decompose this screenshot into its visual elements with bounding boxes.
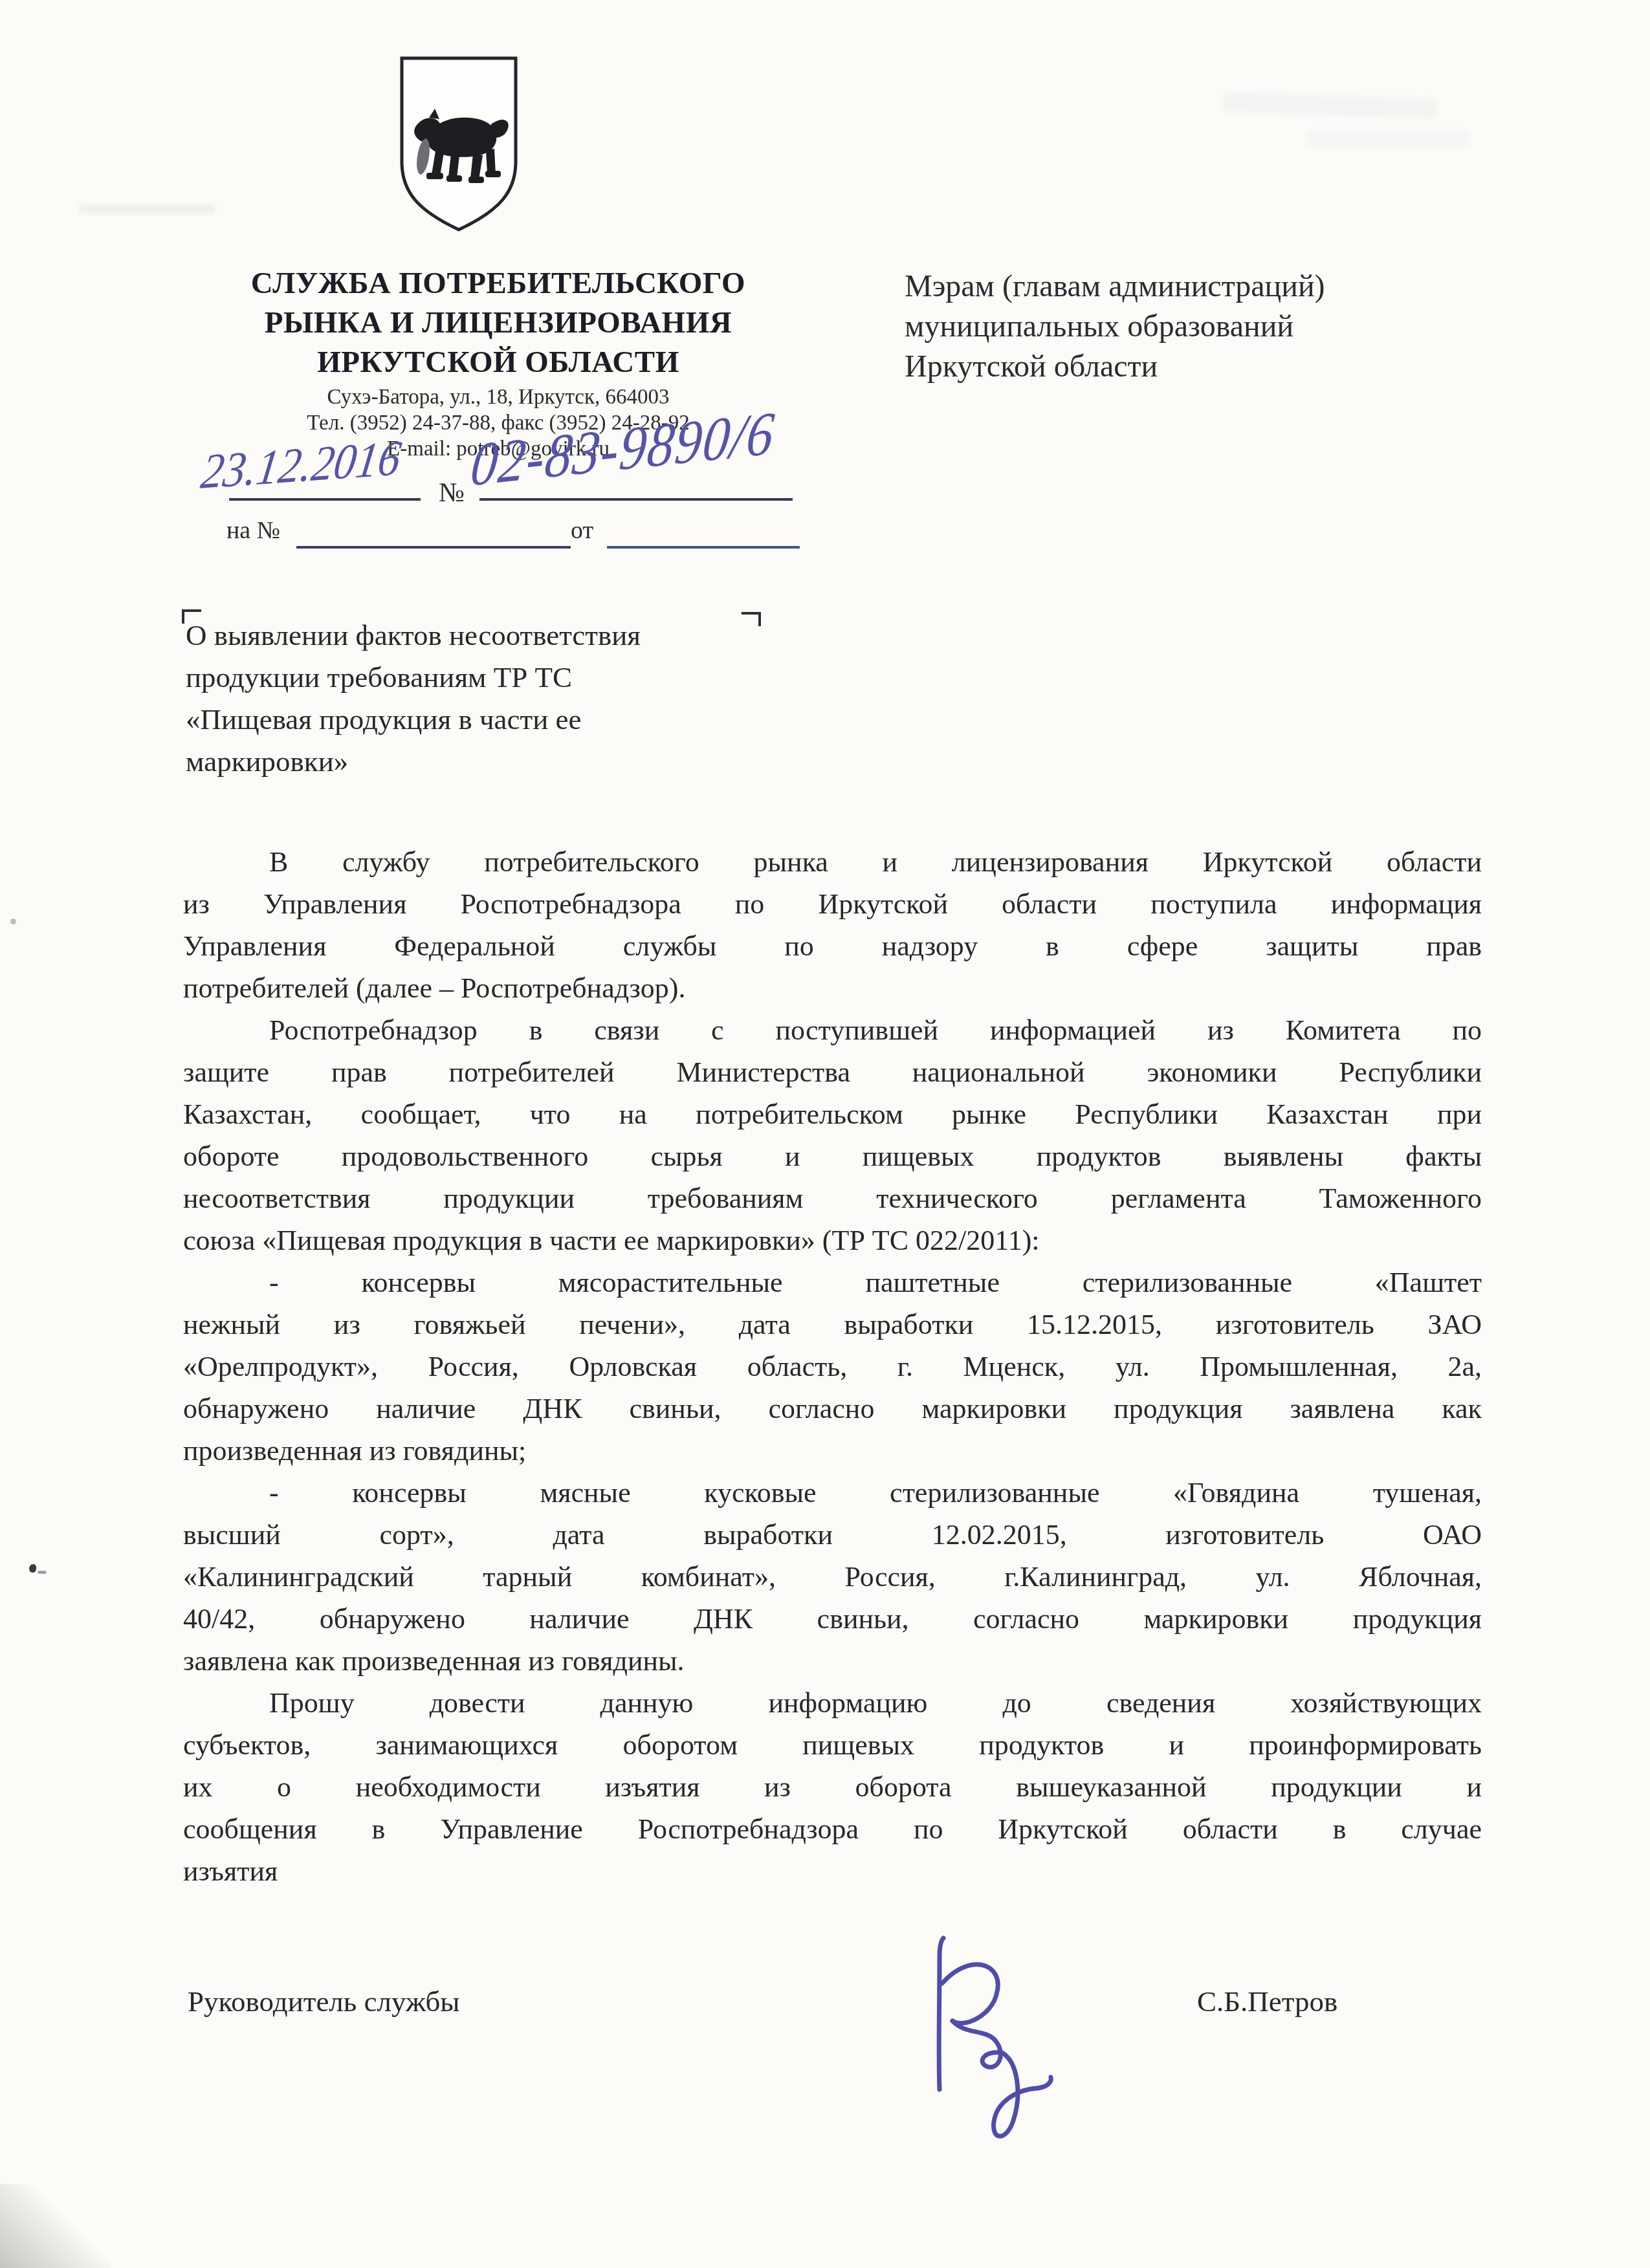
scan-artifact xyxy=(79,204,215,213)
body-line: субъектов, занимающихся оборотом пищевых… xyxy=(183,1724,1482,1766)
reply-number-underline xyxy=(296,546,571,549)
irkutsk-coat-of-arms-icon xyxy=(397,54,521,235)
recipient-line: Мэрам (главам администраций) xyxy=(905,267,1487,307)
body-line: из Управления Роспотребнадзора по Иркутс… xyxy=(183,883,1482,925)
body-line: сообщения в Управление Роспотребнадзора … xyxy=(183,1808,1482,1850)
body-line: потребителей (далее – Роспотребнадзор). xyxy=(183,967,1482,1009)
subject-line: О выявлении фактов несоответствия xyxy=(186,615,794,657)
body-line: произведенная из говядины; xyxy=(183,1430,1482,1472)
body-line: «Калининградский тарный комбинат», Росси… xyxy=(183,1556,1482,1598)
from-label: от xyxy=(571,516,593,545)
body-line: 40/42, обнаружено наличие ДНК свиньи, со… xyxy=(183,1598,1482,1640)
body-line: обороте продовольственного сырья и пищев… xyxy=(183,1135,1482,1177)
recipient-line: муниципальных образований xyxy=(905,307,1487,347)
body-line: защите прав потребителей Министерства на… xyxy=(183,1051,1482,1093)
body-line: нежный из говяжьей печени», дата выработ… xyxy=(183,1303,1482,1346)
org-name-line: ИРКУТСКОЙ ОБЛАСТИ xyxy=(214,343,783,382)
body-line: «Орелпродукт», Россия, Орловская область… xyxy=(183,1346,1482,1388)
scan-artifact xyxy=(38,1571,47,1574)
scan-artifact xyxy=(10,919,16,924)
paragraph: Роспотребнадзор в связи с поступившей ин… xyxy=(183,1009,1482,1261)
subject-line: «Пищевая продукция в части ее xyxy=(186,699,794,741)
on-number-label: на № xyxy=(226,516,280,545)
scan-artifact xyxy=(29,1564,36,1573)
body-line: - консервы мясные кусковые стерилизованн… xyxy=(183,1472,1482,1514)
recipient-block: Мэрам (главам администраций) муниципальн… xyxy=(905,267,1487,387)
subject-line: маркировки» xyxy=(186,741,794,783)
number-sign-label: № xyxy=(439,477,465,508)
body-line: высший сорт», дата выработки 12.02.2015,… xyxy=(183,1514,1482,1556)
paragraph: - консервы мясные кусковые стерилизованн… xyxy=(183,1472,1482,1682)
body-line: Прошу довести данную информацию до сведе… xyxy=(183,1682,1482,1724)
handwritten-signature xyxy=(888,1926,1095,2153)
subject-line: продукции требованиям ТР ТС xyxy=(186,657,794,699)
paragraph: Прошу довести данную информацию до сведе… xyxy=(183,1682,1482,1892)
body-line: Роспотребнадзор в связи с поступившей ин… xyxy=(183,1009,1482,1051)
body-line: их о необходимости изъятия из оборота вы… xyxy=(183,1766,1482,1808)
scan-corner-shadow xyxy=(0,2184,110,2268)
body-line: союза «Пищевая продукция в части ее марк… xyxy=(183,1219,1482,1261)
signer-name: С.Б.Петров xyxy=(1197,1985,1337,2018)
signer-position-title: Руководитель службы xyxy=(188,1985,460,2018)
number-underline xyxy=(479,498,793,501)
scan-artifact xyxy=(1307,131,1469,147)
paragraph: В службу потребительского рынка и лиценз… xyxy=(183,841,1482,1009)
body-line: Казахстан, сообщает, что на потребительс… xyxy=(183,1093,1482,1135)
body-line: заявлена как произведенная из говядины. xyxy=(183,1640,1482,1682)
scanned-letter-page: СЛУЖБА ПОТРЕБИТЕЛЬСКОГО РЫНКА И ЛИЦЕНЗИР… xyxy=(0,0,1650,2268)
subject-block: О выявлении фактов несоответствия продук… xyxy=(186,615,794,783)
recipient-line: Иркутской области xyxy=(905,347,1487,387)
body-line: изъятия xyxy=(183,1850,1482,1892)
org-name-line: РЫНКА И ЛИЦЕНЗИРОВАНИЯ xyxy=(214,303,783,343)
body-line: - консервы мясорастительные паштетные ст… xyxy=(183,1261,1482,1303)
body-line: Управления Федеральной службы по надзору… xyxy=(183,925,1482,967)
letter-body: В службу потребительского рынка и лиценз… xyxy=(183,841,1482,1892)
org-name-line: СЛУЖБА ПОТРЕБИТЕЛЬСКОГО xyxy=(214,264,783,303)
body-line: несоответствия продукции требованиям тех… xyxy=(183,1177,1482,1219)
reply-date-underline xyxy=(607,546,800,549)
body-line: В службу потребительского рынка и лиценз… xyxy=(183,841,1482,883)
paragraph: - консервы мясорастительные паштетные ст… xyxy=(183,1261,1482,1472)
letterhead: СЛУЖБА ПОТРЕБИТЕЛЬСКОГО РЫНКА И ЛИЦЕНЗИР… xyxy=(214,264,783,382)
scan-artifact xyxy=(1223,92,1437,118)
date-underline xyxy=(229,498,421,501)
body-line: обнаружено наличие ДНК свиньи, согласно … xyxy=(183,1388,1482,1430)
